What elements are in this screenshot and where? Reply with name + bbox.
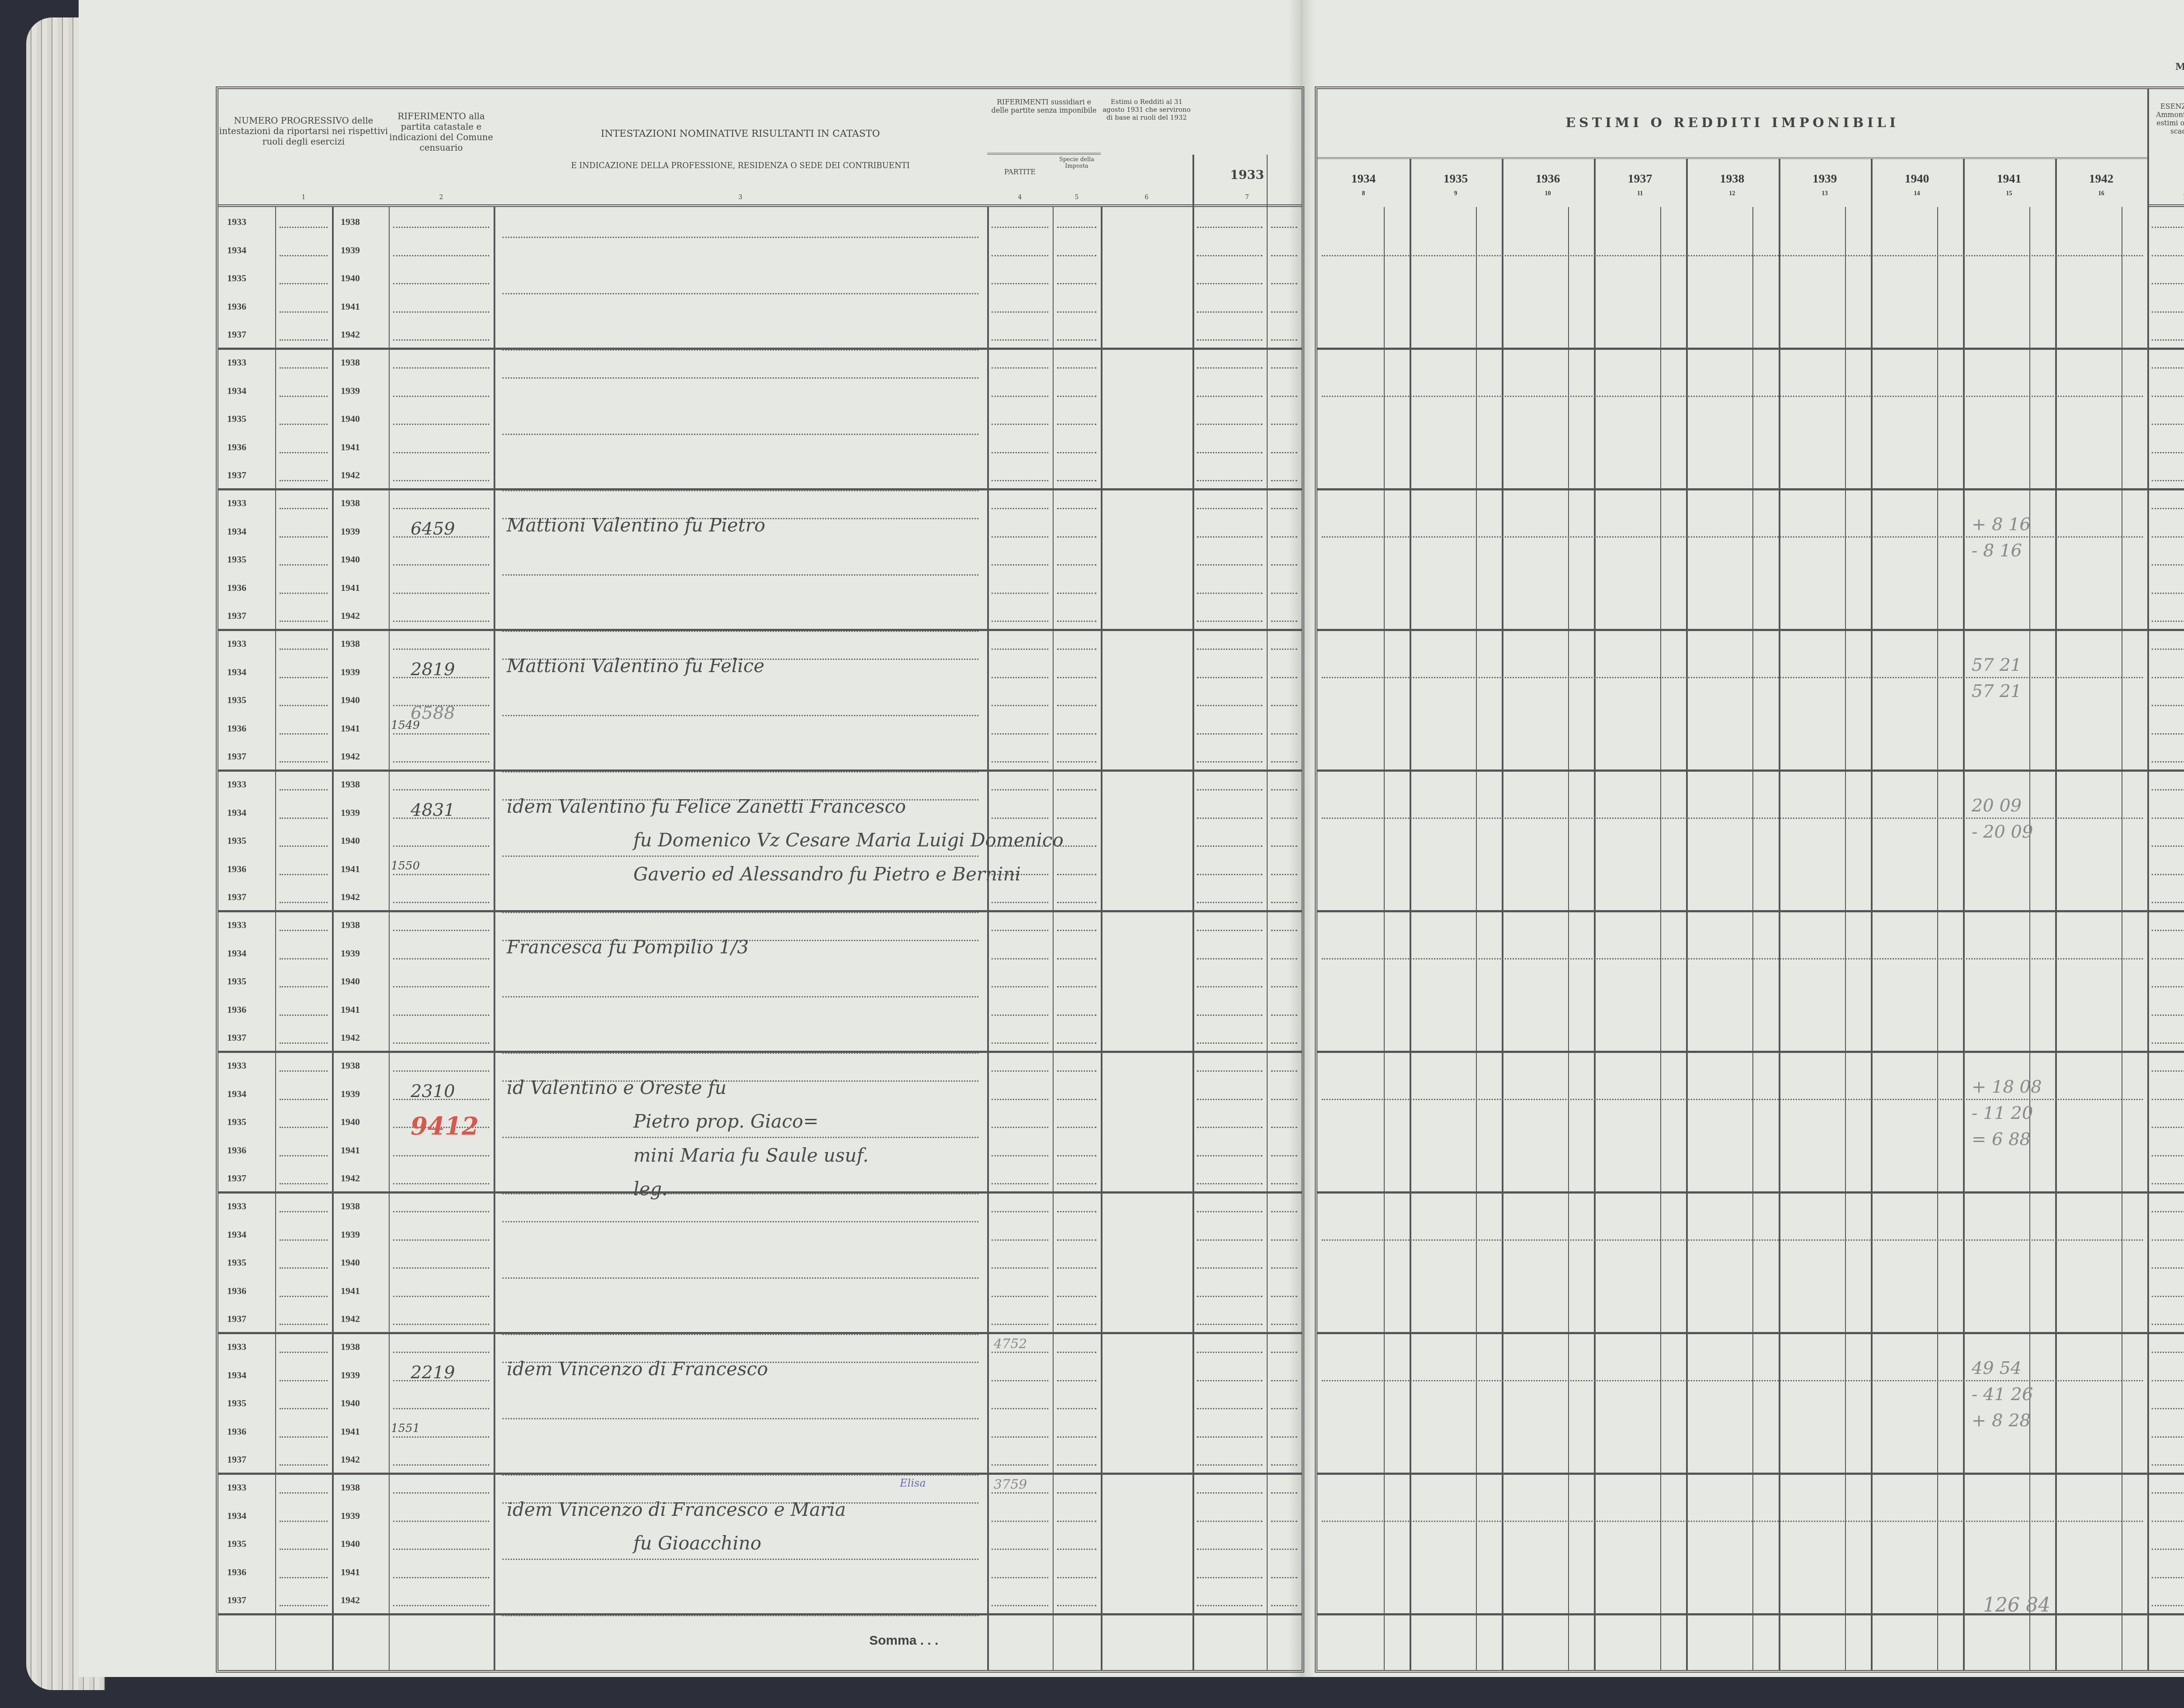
entry-line[interactable] (1197, 761, 1262, 763)
name-line[interactable] (502, 237, 978, 238)
entry-line[interactable] (992, 283, 1048, 284)
entry-line[interactable] (1197, 1267, 1262, 1269)
entry-line[interactable] (1057, 930, 1096, 931)
entry-line[interactable] (1197, 1436, 1262, 1438)
entry-line[interactable] (393, 339, 489, 341)
esenzioni-line[interactable] (2152, 1492, 2184, 1494)
name-line[interactable] (502, 1474, 978, 1476)
entry-line[interactable] (280, 424, 328, 425)
esenzioni-line[interactable] (2152, 845, 2184, 847)
name-line[interactable] (502, 856, 978, 857)
entry-line[interactable] (1197, 1070, 1262, 1072)
entry-line[interactable] (280, 1239, 328, 1241)
entry-line[interactable] (393, 1577, 489, 1578)
name-line[interactable] (502, 1221, 978, 1222)
entry-line[interactable] (1271, 1605, 1297, 1606)
entry-line[interactable] (1271, 452, 1297, 453)
entry-line[interactable] (992, 452, 1048, 453)
entry-line[interactable] (1057, 339, 1096, 341)
entry-line[interactable] (1057, 958, 1096, 959)
entry-line[interactable] (280, 705, 328, 706)
entry-line[interactable] (280, 789, 328, 790)
name-line[interactable] (502, 1052, 978, 1054)
entry-line[interactable] (1057, 1239, 1096, 1241)
name-line[interactable] (502, 1334, 978, 1335)
entry-line[interactable] (1197, 593, 1262, 594)
entry-line[interactable] (393, 283, 489, 284)
entry-line[interactable] (992, 1183, 1048, 1184)
entry-line[interactable] (280, 1183, 328, 1184)
esenzioni-line[interactable] (2152, 1464, 2184, 1466)
entry-line[interactable] (992, 1577, 1048, 1578)
entry-line[interactable] (393, 593, 489, 594)
entry-line[interactable] (1271, 649, 1297, 650)
entry-line[interactable] (1197, 1464, 1262, 1466)
entry-line[interactable] (1271, 1380, 1297, 1381)
entry-line[interactable] (280, 1042, 328, 1044)
esenzioni-line[interactable] (2152, 930, 2184, 931)
entry-line[interactable] (393, 255, 489, 256)
amount-line[interactable] (1322, 1099, 2143, 1100)
esenzioni-line[interactable] (2152, 508, 2184, 509)
esenzioni-line[interactable] (2152, 311, 2184, 313)
entry-line[interactable] (992, 1436, 1048, 1438)
entry-line[interactable] (1197, 1183, 1262, 1184)
entry-line[interactable] (992, 1521, 1048, 1522)
entry-line[interactable] (992, 1070, 1048, 1072)
entry-line[interactable] (1197, 874, 1262, 875)
entry-line[interactable] (393, 311, 489, 313)
entry-line[interactable] (1197, 649, 1262, 650)
entry-line[interactable] (1271, 1183, 1297, 1184)
name-line[interactable] (502, 996, 978, 997)
amount-line[interactable] (1322, 396, 2143, 397)
entry-line[interactable] (280, 930, 328, 931)
entry-line[interactable] (280, 677, 328, 678)
entry-line[interactable] (280, 1464, 328, 1466)
entry-line[interactable] (1271, 705, 1297, 706)
entry-line[interactable] (280, 396, 328, 397)
esenzioni-line[interactable] (2152, 396, 2184, 397)
entry-line[interactable] (1271, 1521, 1297, 1522)
entry-line[interactable] (1057, 1296, 1096, 1297)
entry-line[interactable] (1197, 845, 1262, 847)
entry-line[interactable] (992, 1042, 1048, 1044)
entry-line[interactable] (393, 452, 489, 453)
entry-line[interactable] (1271, 761, 1297, 763)
entry-line[interactable] (1197, 1549, 1262, 1550)
entry-line[interactable] (393, 1521, 489, 1522)
entry-line[interactable] (1271, 1549, 1297, 1550)
entry-line[interactable] (393, 1436, 489, 1438)
entry-line[interactable] (992, 677, 1048, 678)
esenzioni-line[interactable] (2152, 1436, 2184, 1438)
entry-line[interactable] (1057, 424, 1096, 425)
entry-line[interactable] (1197, 1605, 1262, 1606)
entry-line[interactable] (1197, 367, 1262, 369)
entry-line[interactable] (1057, 1211, 1096, 1212)
esenzioni-line[interactable] (2152, 1211, 2184, 1212)
entry-line[interactable] (393, 1464, 489, 1466)
amount-line[interactable] (1322, 818, 2143, 819)
entry-line[interactable] (1271, 1492, 1297, 1494)
entry-line[interactable] (393, 1014, 489, 1016)
entry-line[interactable] (280, 1014, 328, 1016)
amount-line[interactable] (1322, 1521, 2143, 1522)
entry-line[interactable] (1057, 986, 1096, 987)
name-line[interactable] (502, 574, 978, 576)
entry-line[interactable] (1057, 508, 1096, 509)
entry-line[interactable] (1271, 874, 1297, 875)
entry-line[interactable] (1057, 649, 1096, 650)
esenzioni-line[interactable] (2152, 986, 2184, 987)
entry-line[interactable] (992, 424, 1048, 425)
entry-line[interactable] (1057, 677, 1096, 678)
esenzioni-line[interactable] (2152, 1324, 2184, 1325)
entry-line[interactable] (1271, 1239, 1297, 1241)
entry-line[interactable] (1197, 536, 1262, 538)
entry-line[interactable] (1271, 424, 1297, 425)
entry-line[interactable] (1197, 621, 1262, 622)
entry-line[interactable] (1197, 480, 1262, 481)
entry-line[interactable] (1197, 396, 1262, 397)
entry-line[interactable] (1271, 564, 1297, 566)
entry-line[interactable] (280, 564, 328, 566)
entry-line[interactable] (1271, 1267, 1297, 1269)
entry-line[interactable] (992, 1099, 1048, 1100)
entry-line[interactable] (393, 1211, 489, 1212)
entry-line[interactable] (992, 1296, 1048, 1297)
entry-line[interactable] (992, 649, 1048, 650)
entry-line[interactable] (280, 311, 328, 313)
esenzioni-line[interactable] (2152, 789, 2184, 790)
entry-line[interactable] (992, 536, 1048, 538)
entry-line[interactable] (1271, 986, 1297, 987)
entry-line[interactable] (992, 255, 1048, 256)
entry-line[interactable] (1057, 227, 1096, 228)
entry-line[interactable] (393, 1549, 489, 1550)
entry-line[interactable] (280, 339, 328, 341)
entry-line[interactable] (1271, 1099, 1297, 1100)
entry-line[interactable] (280, 1605, 328, 1606)
entry-line[interactable] (1057, 311, 1096, 313)
entry-line[interactable] (280, 1492, 328, 1494)
entry-line[interactable] (1271, 958, 1297, 959)
entry-line[interactable] (992, 1239, 1048, 1241)
esenzioni-line[interactable] (2152, 1014, 2184, 1016)
esenzioni-line[interactable] (2152, 1127, 2184, 1128)
entry-line[interactable] (1057, 1380, 1096, 1381)
entry-line[interactable] (1271, 593, 1297, 594)
entry-line[interactable] (1057, 367, 1096, 369)
entry-line[interactable] (1197, 1577, 1262, 1578)
entry-line[interactable] (1057, 761, 1096, 763)
entry-line[interactable] (1197, 1014, 1262, 1016)
entry-line[interactable] (1057, 1492, 1096, 1494)
entry-line[interactable] (1197, 283, 1262, 284)
entry-line[interactable] (1057, 1070, 1096, 1072)
esenzioni-line[interactable] (2152, 1296, 2184, 1297)
entry-line[interactable] (1271, 845, 1297, 847)
entry-line[interactable] (1057, 480, 1096, 481)
esenzioni-line[interactable] (2152, 1239, 2184, 1241)
name-line[interactable] (502, 349, 978, 351)
entry-line[interactable] (1271, 818, 1297, 819)
entry-line[interactable] (1057, 902, 1096, 903)
entry-line[interactable] (992, 1492, 1048, 1494)
entry-line[interactable] (280, 283, 328, 284)
esenzioni-line[interactable] (2152, 480, 2184, 481)
entry-line[interactable] (992, 902, 1048, 903)
entry-line[interactable] (1197, 1155, 1262, 1156)
name-line[interactable] (502, 912, 978, 913)
entry-line[interactable] (1271, 480, 1297, 481)
entry-line[interactable] (280, 1436, 328, 1438)
esenzioni-line[interactable] (2152, 1549, 2184, 1550)
entry-line[interactable] (1057, 1408, 1096, 1409)
entry-line[interactable] (1197, 902, 1262, 903)
entry-line[interactable] (393, 733, 489, 735)
entry-line[interactable] (1271, 1014, 1297, 1016)
entry-line[interactable] (1057, 818, 1096, 819)
entry-line[interactable] (992, 930, 1048, 931)
esenzioni-line[interactable] (2152, 1408, 2184, 1409)
entry-line[interactable] (992, 1352, 1048, 1353)
entry-line[interactable] (393, 1042, 489, 1044)
entry-line[interactable] (280, 649, 328, 650)
entry-line[interactable] (992, 733, 1048, 735)
entry-line[interactable] (393, 367, 489, 369)
entry-line[interactable] (1197, 255, 1262, 256)
entry-line[interactable] (992, 311, 1048, 313)
esenzioni-line[interactable] (2152, 227, 2184, 228)
esenzioni-line[interactable] (2152, 283, 2184, 284)
entry-line[interactable] (1197, 958, 1262, 959)
entry-line[interactable] (1057, 1042, 1096, 1044)
entry-line[interactable] (1057, 564, 1096, 566)
entry-line[interactable] (280, 593, 328, 594)
entry-line[interactable] (280, 1211, 328, 1212)
entry-line[interactable] (1197, 1521, 1262, 1522)
entry-line[interactable] (393, 1267, 489, 1269)
amount-line[interactable] (1322, 1239, 2143, 1241)
amount-line[interactable] (1322, 958, 2143, 959)
esenzioni-line[interactable] (2152, 874, 2184, 875)
entry-line[interactable] (992, 1380, 1048, 1381)
entry-line[interactable] (1271, 339, 1297, 341)
entry-line[interactable] (280, 1267, 328, 1269)
entry-line[interactable] (992, 621, 1048, 622)
esenzioni-line[interactable] (2152, 677, 2184, 678)
entry-line[interactable] (1057, 1436, 1096, 1438)
entry-line[interactable] (1197, 339, 1262, 341)
entry-line[interactable] (1271, 1155, 1297, 1156)
entry-line[interactable] (280, 761, 328, 763)
esenzioni-line[interactable] (2152, 1577, 2184, 1578)
name-line[interactable] (502, 1559, 978, 1560)
entry-line[interactable] (280, 958, 328, 959)
name-line[interactable] (502, 377, 978, 379)
entry-line[interactable] (1057, 874, 1096, 875)
entry-line[interactable] (1197, 1211, 1262, 1212)
entry-line[interactable] (1057, 255, 1096, 256)
entry-line[interactable] (1197, 1492, 1262, 1494)
entry-line[interactable] (992, 593, 1048, 594)
entry-line[interactable] (280, 1099, 328, 1100)
entry-line[interactable] (992, 761, 1048, 763)
entry-line[interactable] (280, 1408, 328, 1409)
amount-line[interactable] (1322, 1380, 2143, 1381)
esenzioni-line[interactable] (2152, 761, 2184, 763)
esenzioni-line[interactable] (2152, 1042, 2184, 1044)
entry-line[interactable] (280, 1070, 328, 1072)
esenzioni-line[interactable] (2152, 1380, 2184, 1381)
entry-line[interactable] (992, 818, 1048, 819)
entry-line[interactable] (992, 1549, 1048, 1550)
entry-line[interactable] (1197, 1099, 1262, 1100)
esenzioni-line[interactable] (2152, 452, 2184, 453)
entry-line[interactable] (393, 1239, 489, 1241)
esenzioni-line[interactable] (2152, 339, 2184, 341)
entry-line[interactable] (992, 480, 1048, 481)
name-line[interactable] (502, 293, 978, 294)
entry-line[interactable] (280, 818, 328, 819)
entry-line[interactable] (1057, 1577, 1096, 1578)
entry-line[interactable] (393, 1605, 489, 1606)
entry-line[interactable] (393, 396, 489, 397)
entry-line[interactable] (1271, 1324, 1297, 1325)
esenzioni-line[interactable] (2152, 1099, 2184, 1100)
entry-line[interactable] (1271, 367, 1297, 369)
entry-line[interactable] (393, 845, 489, 847)
name-line[interactable] (502, 1137, 978, 1138)
entry-line[interactable] (1057, 1324, 1096, 1325)
amount-line[interactable] (1322, 536, 2143, 538)
name-line[interactable] (502, 1193, 978, 1194)
entry-line[interactable] (393, 508, 489, 509)
entry-line[interactable] (1271, 1352, 1297, 1353)
entry-line[interactable] (280, 1352, 328, 1353)
entry-line[interactable] (992, 1464, 1048, 1466)
entry-line[interactable] (1057, 705, 1096, 706)
entry-line[interactable] (1057, 1464, 1096, 1466)
entry-line[interactable] (393, 958, 489, 959)
entry-line[interactable] (1057, 1127, 1096, 1128)
entry-line[interactable] (1057, 1549, 1096, 1550)
name-line[interactable] (502, 771, 978, 773)
entry-line[interactable] (992, 705, 1048, 706)
entry-line[interactable] (280, 1521, 328, 1522)
entry-line[interactable] (393, 902, 489, 903)
entry-line[interactable] (1197, 424, 1262, 425)
entry-line[interactable] (280, 1296, 328, 1297)
entry-line[interactable] (280, 1324, 328, 1325)
esenzioni-line[interactable] (2152, 1605, 2184, 1606)
entry-line[interactable] (1057, 536, 1096, 538)
entry-line[interactable] (280, 733, 328, 735)
entry-line[interactable] (1057, 396, 1096, 397)
entry-line[interactable] (393, 621, 489, 622)
entry-line[interactable] (1197, 930, 1262, 931)
esenzioni-line[interactable] (2152, 705, 2184, 706)
entry-line[interactable] (1197, 1127, 1262, 1128)
entry-line[interactable] (280, 480, 328, 481)
name-line[interactable] (502, 1418, 978, 1419)
entry-line[interactable] (1271, 789, 1297, 790)
entry-line[interactable] (992, 1155, 1048, 1156)
entry-line[interactable] (1057, 621, 1096, 622)
entry-line[interactable] (393, 564, 489, 566)
entry-line[interactable] (992, 1127, 1048, 1128)
entry-line[interactable] (280, 986, 328, 987)
entry-line[interactable] (1057, 1183, 1096, 1184)
entry-line[interactable] (393, 874, 489, 875)
entry-line[interactable] (1197, 789, 1262, 790)
entry-line[interactable] (1271, 396, 1297, 397)
entry-line[interactable] (1197, 311, 1262, 313)
entry-line[interactable] (992, 508, 1048, 509)
entry-line[interactable] (1271, 255, 1297, 256)
entry-line[interactable] (992, 227, 1048, 228)
esenzioni-line[interactable] (2152, 1183, 2184, 1184)
esenzioni-line[interactable] (2152, 536, 2184, 538)
entry-line[interactable] (1197, 1408, 1262, 1409)
entry-line[interactable] (992, 986, 1048, 987)
entry-line[interactable] (992, 396, 1048, 397)
entry-line[interactable] (393, 1155, 489, 1156)
entry-line[interactable] (280, 367, 328, 369)
entry-line[interactable] (280, 1380, 328, 1381)
entry-line[interactable] (1197, 564, 1262, 566)
entry-line[interactable] (280, 508, 328, 509)
entry-line[interactable] (393, 1070, 489, 1072)
entry-line[interactable] (393, 1408, 489, 1409)
entry-line[interactable] (1197, 1352, 1262, 1353)
entry-line[interactable] (1271, 311, 1297, 313)
entry-line[interactable] (1197, 508, 1262, 509)
entry-line[interactable] (1057, 1267, 1096, 1269)
name-line[interactable] (502, 1277, 978, 1279)
entry-line[interactable] (1271, 902, 1297, 903)
entry-line[interactable] (1197, 1239, 1262, 1241)
entry-line[interactable] (280, 902, 328, 903)
entry-line[interactable] (1057, 283, 1096, 284)
entry-line[interactable] (393, 1492, 489, 1494)
entry-line[interactable] (992, 1014, 1048, 1016)
entry-line[interactable] (992, 789, 1048, 790)
entry-line[interactable] (393, 930, 489, 931)
entry-line[interactable] (280, 536, 328, 538)
amount-line[interactable] (1322, 677, 2143, 678)
entry-line[interactable] (280, 1577, 328, 1578)
entry-line[interactable] (393, 1352, 489, 1353)
amount-line[interactable] (1322, 255, 2143, 256)
entry-line[interactable] (1197, 705, 1262, 706)
entry-line[interactable] (393, 789, 489, 790)
entry-line[interactable] (992, 1408, 1048, 1409)
entry-line[interactable] (1057, 1521, 1096, 1522)
entry-line[interactable] (1271, 1070, 1297, 1072)
entry-line[interactable] (280, 255, 328, 256)
esenzioni-line[interactable] (2152, 255, 2184, 256)
entry-line[interactable] (992, 1324, 1048, 1325)
entry-line[interactable] (992, 1605, 1048, 1606)
entry-line[interactable] (1197, 1296, 1262, 1297)
entry-line[interactable] (393, 424, 489, 425)
entry-line[interactable] (1197, 986, 1262, 987)
entry-line[interactable] (280, 874, 328, 875)
entry-line[interactable] (992, 1267, 1048, 1269)
